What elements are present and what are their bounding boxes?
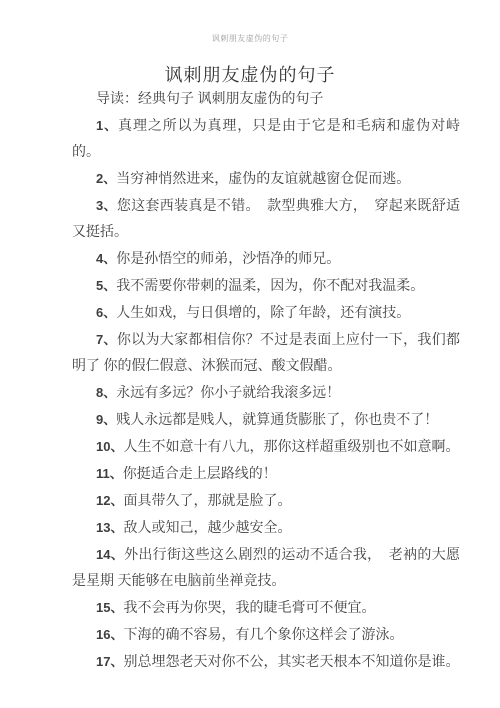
item-number: 17、 [96,654,123,669]
list-item: 8、永远有多远？你小子就给我滚多远！ [72,380,460,407]
item-text: 我不需要你带刺的温柔，因为，你不配对我温柔。 [116,279,424,294]
list-item: 4、你是孙悟空的师弟，沙悟净的师兄。 [72,246,460,273]
list-item: 12、面具带久了，那就是脸了。 [72,488,460,515]
item-number: 6、 [96,305,116,320]
item-number: 11、 [96,466,123,481]
item-number: 13、 [96,520,123,535]
list-item: 5、我不需要你带刺的温柔，因为，你不配对我温柔。 [72,273,460,300]
item-text: 下海的确不容易，有几个象你这样会了游泳。 [123,628,403,643]
list-item: 11、你挺适合走上层路线的！ [72,461,460,488]
item-text: 贱人永远都是贱人，就算通货膨胀了，你也贵不了！ [116,413,438,428]
item-text: 我不会再为你哭，我的睫毛膏可不便宜。 [123,601,375,616]
document-page: 讽刺朋友虚伪的句子 讽刺朋友虚伪的句子 导读：经典句子 讽刺朋友虚伪的句子 1、… [0,0,500,708]
document-body: 导读：经典句子 讽刺朋友虚伪的句子 1、真理之所以为真理，只是由于它是和毛病和虚… [0,87,500,676]
item-number: 3、 [96,198,117,213]
sentence-list: 1、真理之所以为真理，只是由于它是和毛病和虚伪对峙的。 2、当穷神悄然进来，虚伪… [72,113,460,676]
item-text: 真理之所以为真理，只是由于它是和毛病和虚伪对峙的。 [72,119,460,160]
list-item: 13、敌人或知己，越少越安全。 [72,515,460,542]
item-number: 14、 [96,547,124,562]
item-number: 5、 [96,278,116,293]
item-text: 你以为大家都相信你？不过是表面上应付一下，我们都明了 你的假仁假意、沐猴而冠、酸… [72,333,460,374]
item-text: 外出行街这些这么剧烈的运动不适合我， 老衲的大愿是星期 天能够在电脑前坐禅竞技。 [72,548,460,589]
item-number: 4、 [96,251,116,266]
lead-paragraph: 导读：经典句子 讽刺朋友虚伪的句子 [72,87,460,113]
list-item: 7、你以为大家都相信你？不过是表面上应付一下，我们都明了 你的假仁假意、沐猴而冠… [72,327,460,380]
item-text: 当穷神悄然进来，虚伪的友谊就越窗仓促而逃。 [116,172,410,187]
running-header: 讽刺朋友虚伪的句子 [0,0,500,44]
list-item: 3、您这套西装真是不错。 款型典雅大方， 穿起来既舒适又挺括。 [72,193,460,246]
item-number: 7、 [96,332,117,347]
list-item: 1、真理之所以为真理，只是由于它是和毛病和虚伪对峙的。 [72,113,460,166]
list-item: 17、别总埋怨老天对你不公，其实老天根本不知道你是谁。 [72,649,460,676]
item-text: 敌人或知己，越少越安全。 [123,521,291,536]
item-text: 永远有多远？你小子就给我滚多远！ [116,386,340,401]
item-number: 16、 [96,627,123,642]
item-number: 15、 [96,600,123,615]
page-title: 讽刺朋友虚伪的句子 [0,63,500,87]
item-number: 9、 [96,412,116,427]
item-number: 12、 [96,493,123,508]
item-text: 您这套西装真是不错。 款型典雅大方， 穿起来既舒适又挺括。 [72,199,460,240]
list-item: 2、当穷神悄然进来，虚伪的友谊就越窗仓促而逃。 [72,166,460,193]
item-number: 8、 [96,385,116,400]
item-number: 10、 [96,439,123,454]
list-item: 10、人生不如意十有八九，那你这样超重级别也不如意啊。 [72,434,460,461]
list-item: 6、人生如戏，与日俱增的，除了年龄，还有演技。 [72,300,460,327]
list-item: 15、我不会再为你哭，我的睫毛膏可不便宜。 [72,595,460,622]
item-number: 2、 [96,171,116,186]
item-text: 人生不如意十有八九，那你这样超重级别也不如意啊。 [123,440,459,455]
list-item: 9、贱人永远都是贱人，就算通货膨胀了，你也贵不了！ [72,407,460,434]
list-item: 16、下海的确不容易，有几个象你这样会了游泳。 [72,622,460,649]
item-text: 面具带久了，那就是脸了。 [123,494,291,509]
list-item: 14、外出行街这些这么剧烈的运动不适合我， 老衲的大愿是星期 天能够在电脑前坐禅… [72,542,460,595]
item-text: 人生如戏，与日俱增的，除了年龄，还有演技。 [116,306,410,321]
item-number: 1、 [96,118,118,133]
item-text: 你是孙悟空的师弟，沙悟净的师兄。 [116,252,340,267]
item-text: 你挺适合走上层路线的！ [123,467,277,482]
item-text: 别总埋怨老天对你不公，其实老天根本不知道你是谁。 [123,655,459,670]
